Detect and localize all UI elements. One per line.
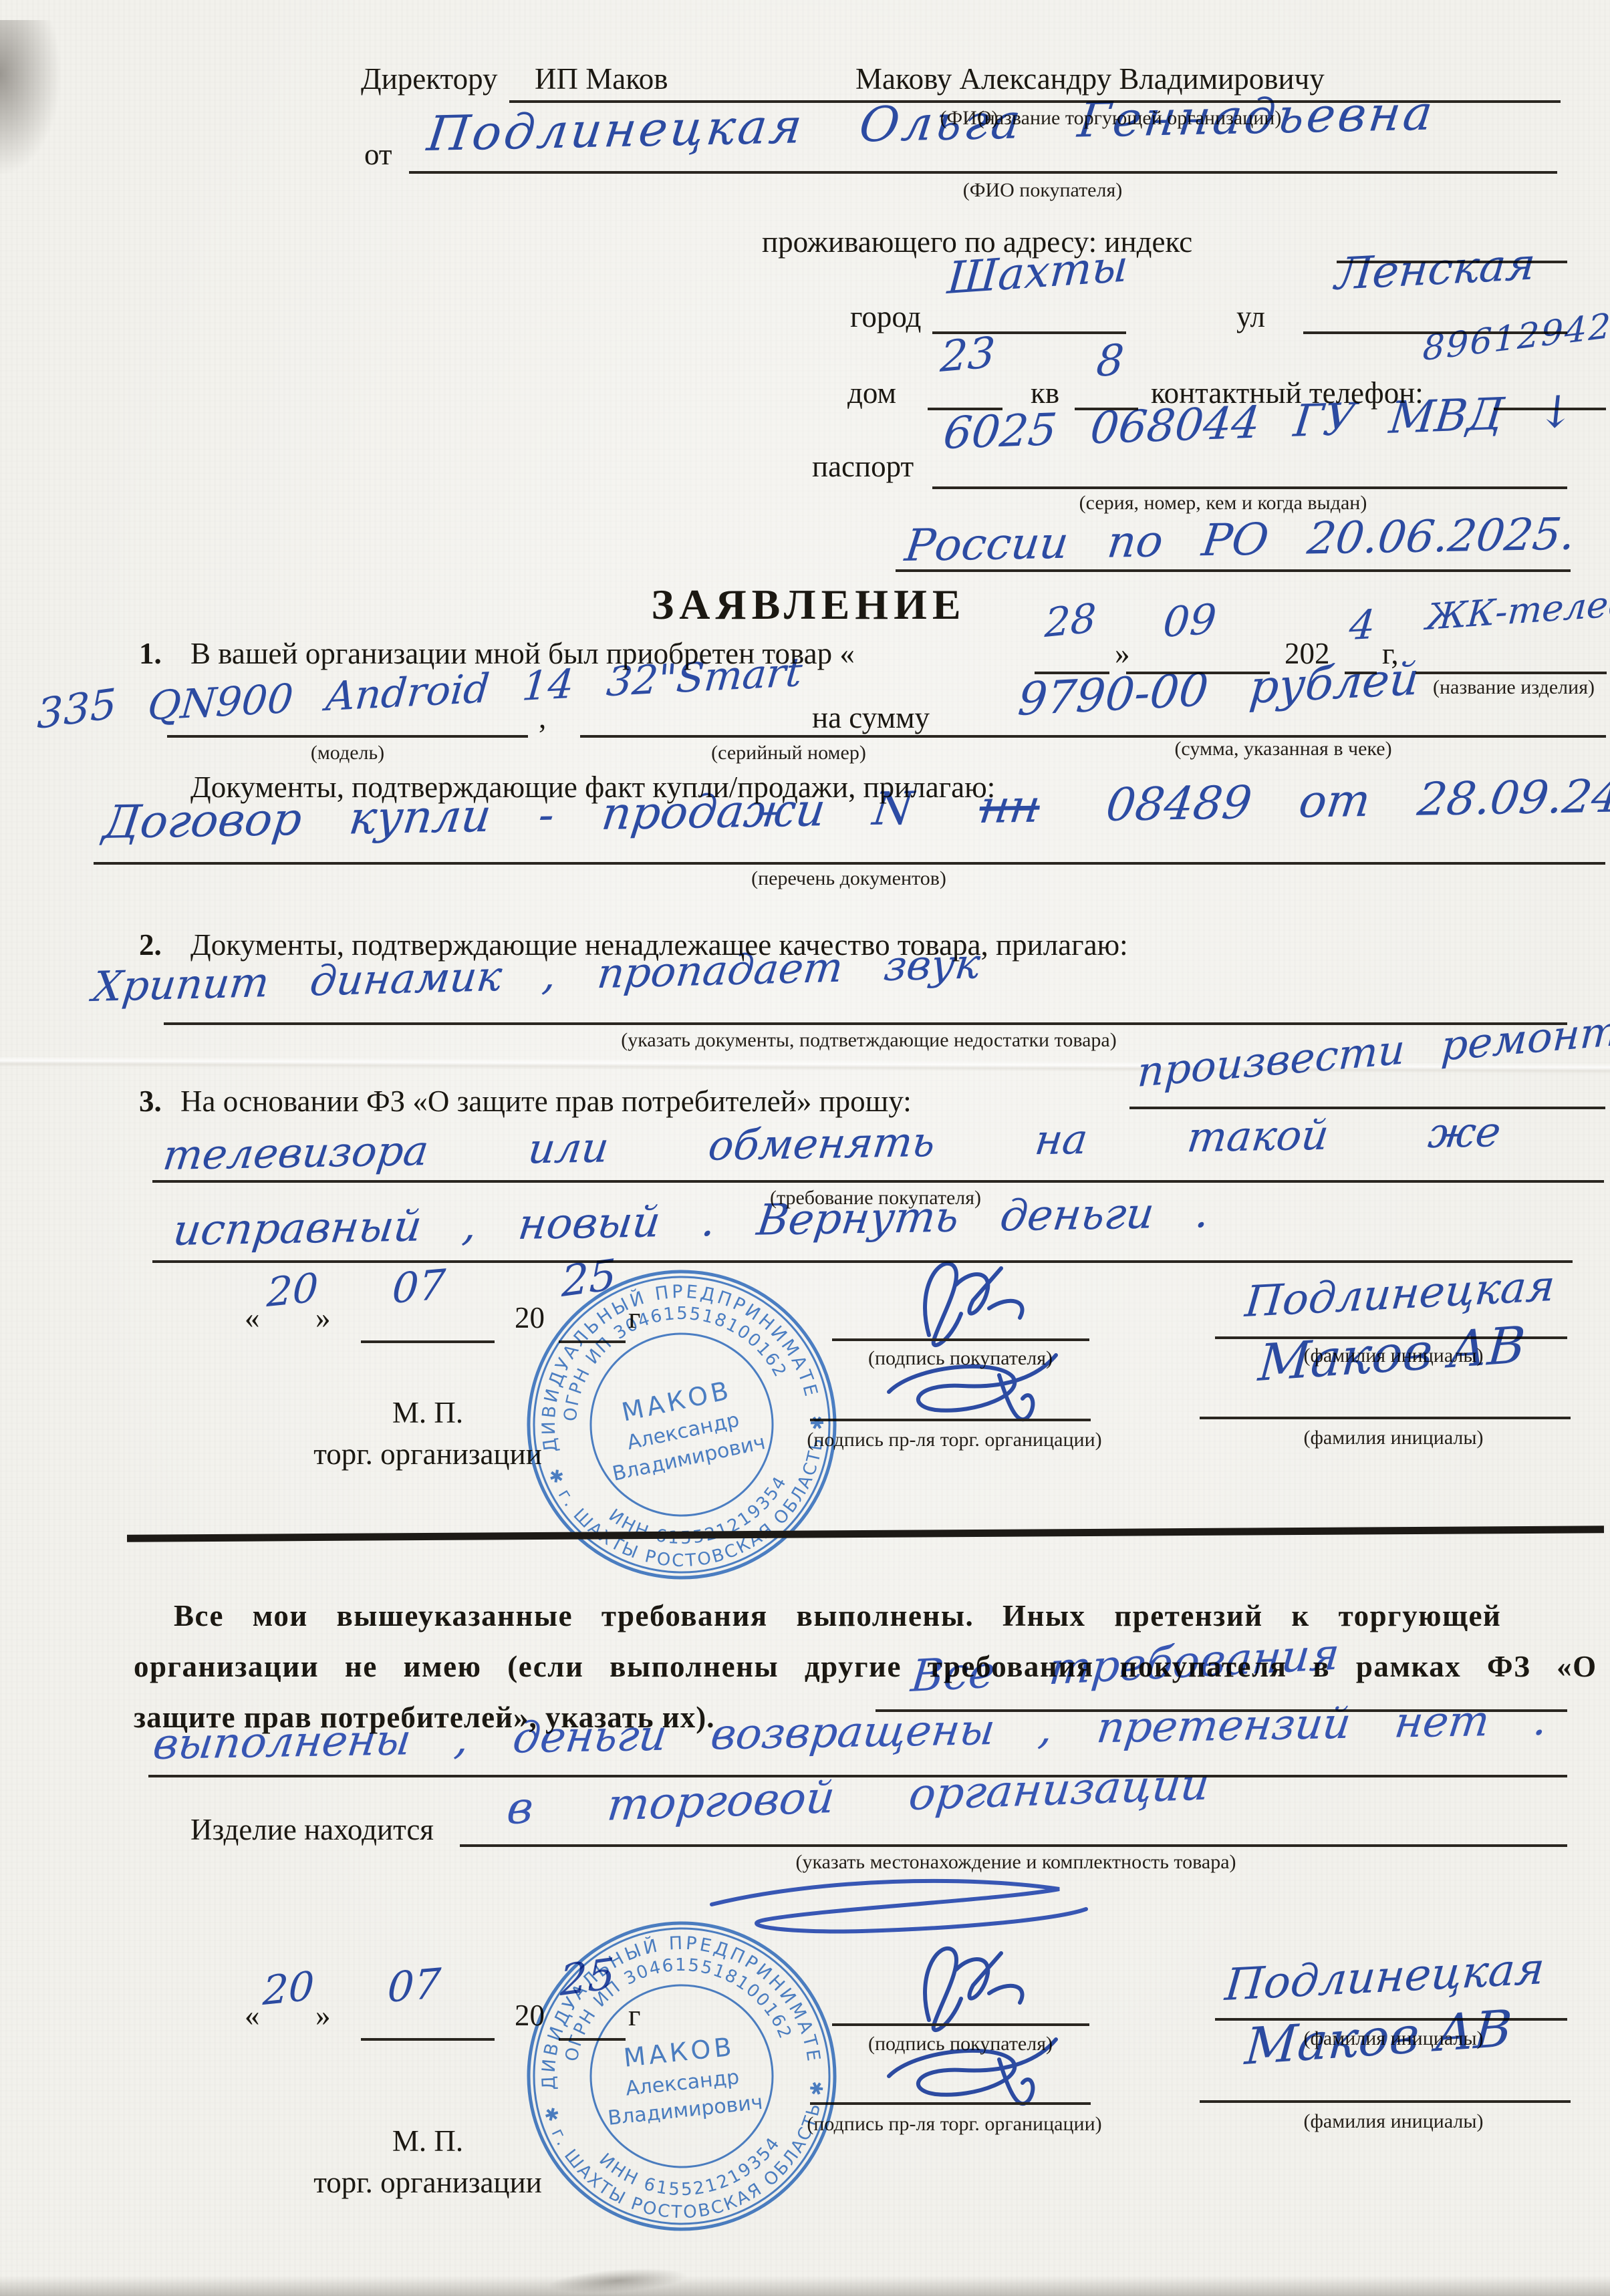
passport-label: паспорт [812,449,914,484]
sign-day-handwriting: 20 [262,1963,315,2015]
quote-open: « [245,1998,260,2033]
form-line [1200,1417,1571,1419]
product-handwriting: ЖК-телевизор [1425,576,1610,638]
quote-close: » [315,1998,331,2033]
buyer-signature [889,1248,1076,1348]
sum-label: на сумму [812,700,930,735]
sum-hint: (сумма, указанная в чеке) [1174,738,1391,760]
seller-sign-hint: (подпись пр-ля торг. органицации) [807,2113,1101,2136]
form-line [810,2102,1091,2105]
family-hint: (фамилия инициалы) [1303,1427,1483,1449]
quote-open: « [245,1300,260,1335]
seller-sign-hint: (подпись пр-ля торг. органицации) [807,1429,1101,1451]
round-stamp: ИНДИВИДУАЛЬНЫЙ ПРЕДПРИНИМАТЕЛЬ ✱ г. ШАХТ… [495,1238,867,1610]
form-line [361,1340,495,1343]
serial-hint: (серийный номер) [711,742,866,764]
family-hint: (фамилия инициалы) [1303,2110,1483,2133]
buyer-signature [889,1933,1076,2033]
section2-number: 2. [139,927,162,962]
street-label: ул [1236,299,1265,334]
org-short: ИП Маков [535,61,668,96]
passport-issued-handwriting: России по РО 20.06.2025. [902,509,1578,571]
form-line [460,1844,1567,1847]
form-line [896,569,1571,572]
scanned-claim-document: Директору ИП Маков Макову Александру Вла… [0,0,1610,2296]
house-handwriting: 23 [939,328,996,382]
form-line [1200,2100,1571,2103]
passport-hint: (серия, номер, кем и когда выдан) [1079,492,1367,515]
location-label: Изделие находится [190,1812,434,1847]
location-handwriting: в торговой организации [505,1759,1212,1834]
closing-line2: организации не имею (если выполнены друг… [134,1649,1597,1684]
form-line [152,1260,1573,1263]
form-line [94,862,1605,865]
street-handwriting: Ленская [1333,239,1538,300]
quote-close: » [315,1300,331,1335]
seller-family-handwriting: Маков АВ [1243,1999,1514,2076]
margin-note-handwriting: 335 [37,679,117,738]
docs-hint: (перечень документов) [751,867,946,890]
seller-family-handwriting: Маков АВ [1256,1315,1527,1393]
sign-month-handwriting: 07 [391,1260,446,1313]
section3-number: 3. [139,1084,162,1119]
form-line [361,2038,495,2041]
comma-typed: , [539,700,546,735]
mp-org-label: торг. организации [313,1437,542,1471]
house-label: дом [847,376,896,410]
sum-handwriting: 9790-00 рублей [1016,653,1422,726]
docs-post: 08489 от 28.09.24 [1103,770,1610,831]
apartment-handwriting: 8 [1095,335,1125,387]
sign-month-handwriting: 07 [386,1959,442,2012]
mp-org-label: торг. организации [313,2165,542,2200]
demand1-handwriting: произвести ремонт [1136,1006,1610,1097]
closing-line1: Все мои вышеуказанные требования выполне… [174,1598,1501,1633]
applicant-hint: (ФИО покупателя) [963,179,1123,202]
page-title: ЗАЯВЛЕНИЕ [651,580,966,629]
sign-day-handwriting: 20 [266,1264,319,1316]
form-line [932,486,1567,489]
purchase-year-handwriting: 4 [1347,601,1377,650]
purchase-month-handwriting: 09 [1162,595,1218,647]
scan-corner-shadow [0,20,60,174]
form-line [409,171,1557,174]
form-line [167,735,528,738]
from-label: от [364,137,392,172]
mp-label: М. П. [392,1395,463,1430]
docs-struck: нн [976,780,1043,835]
form-line [580,735,998,738]
phone-handwriting: 89612942919 [1422,297,1610,369]
section3-text: На основании ФЗ «О защите прав потребите… [180,1084,912,1119]
form-line [152,1180,1604,1183]
closing-fill1-handwriting: Все требования [909,1628,1341,1702]
product-hint: (название изделия) [1433,676,1595,699]
mp-label: М. П. [392,2124,463,2158]
stamp-center-name: МАКОВ [622,2032,736,2073]
form-line [810,1419,1091,1421]
demand3-handwriting: исправный , новый . Вернуть деньги . [170,1188,1212,1256]
purchase-day-handwriting: 28 [1044,595,1097,647]
form-line [1416,672,1607,674]
city-label: город [850,299,921,334]
defects-hint: (указать документы, подтветждающие недос… [621,1029,1116,1052]
model-hint: (модель) [311,742,384,764]
section1-number: 1. [139,636,162,671]
quote-close: » [1115,636,1130,671]
form-line [1129,1107,1605,1109]
director-label: Директору [361,61,498,96]
scan-bottom-shadow [0,2276,1610,2296]
form-line [164,1022,1567,1025]
round-stamp: ИНДИВИДУАЛЬНЫЙ ПРЕДПРИНИМАТЕЛЬ ✱ г. ШАХТ… [509,1904,855,2249]
